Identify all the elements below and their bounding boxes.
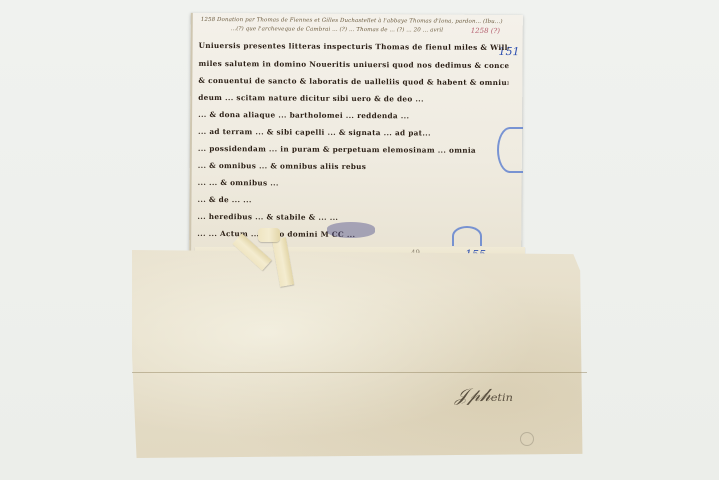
blue-library-stamp (497, 127, 523, 173)
text-line: deum ... scitam nature dicitur sibi uero… (198, 93, 508, 107)
archival-ref: 1258 (201, 17, 215, 23)
small-stamp-mark (520, 432, 534, 446)
red-annotation: 1258 (?) (471, 27, 500, 35)
text-line: ... possidendam ... in puram & perpetuam… (198, 144, 508, 158)
charter-text-sheet: 1258 Donation par Thomas de Fiennes et G… (189, 13, 523, 255)
text-line: miles salutem in domino Noueritis uniuer… (198, 59, 508, 73)
text-line: ... & omnibus ... & omnibus aliis rebus (198, 161, 508, 175)
blue-stamp-partial (452, 226, 482, 246)
ribbon-knot (258, 228, 280, 242)
text-line: Uniuersis presentes litteras inspecturis… (199, 41, 509, 55)
fold-line (132, 372, 587, 373)
gray-library-stamp (327, 222, 375, 238)
text-line: ... ad terram ... & sibi capelli ... & s… (198, 127, 508, 141)
text-line: ... ... & omnibus ... (198, 178, 508, 192)
text-line: & conuentui de sancto & laboratis de ual… (198, 76, 508, 90)
archival-annotation-line2: ...(?) que l'archeveque de Cambrai ... (… (231, 26, 443, 33)
archival-annotation-line1: 1258 Donation par Thomas de Fiennes et G… (201, 17, 503, 25)
archival-text: Donation par Thomas de Fiennes et Gilles… (217, 17, 503, 25)
text-line: ... & dona aliaque ... bartholomei ... r… (198, 110, 508, 124)
parchment-wrapper (132, 250, 587, 458)
signature: 𝒥𝓅𝒽ₑₜᵢₙ (455, 385, 513, 406)
text-line: ... & de ... ... (197, 195, 507, 209)
